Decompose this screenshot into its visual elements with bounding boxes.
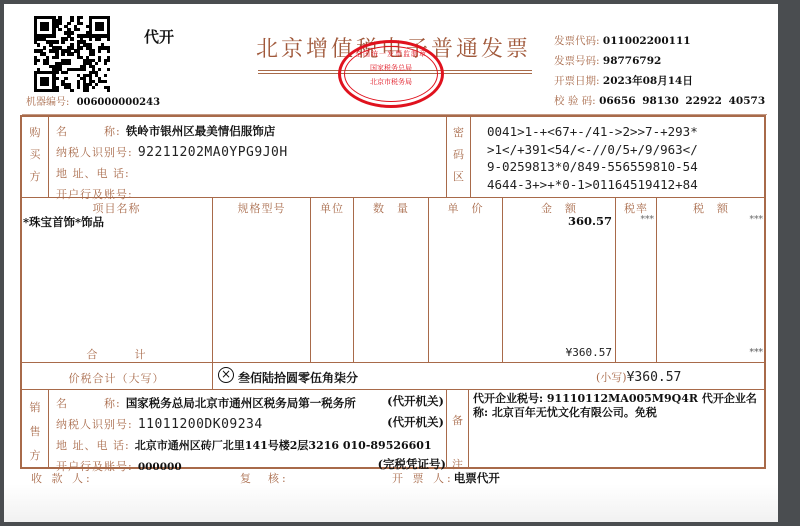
buyer-label-divider [48, 116, 49, 197]
check-code-row: 校 验 码: 06656 98130 22922 40573 [554, 91, 765, 111]
col-header-quantity: 数 量 [354, 200, 428, 216]
cipher-line: 0041>1-+<67+-/41->2>>7-+293* [487, 123, 698, 141]
cipher-label-char: 密 [447, 122, 470, 144]
cipher-label-divider [470, 116, 471, 197]
buyer-section-label: 购 买 方 [22, 122, 48, 188]
col-header-tax-rate: 税率 [616, 200, 656, 216]
buyer-tax-id-row: 纳税人识别号: 92211202MA0YPG9J0H [56, 141, 288, 162]
cipher-line: 4644-3+>+*0-1>01164519412+84 [487, 176, 698, 194]
seller-name-value: 国家税务总局北京市通州区税务局第一税务所 [126, 396, 356, 410]
cipher-section-label: 密 码 区 [447, 122, 470, 188]
total-divider [212, 362, 213, 389]
remark-text: 代开企业税号: 91110112MA005M9Q4R 代开企业名称: 北京百年无… [473, 392, 763, 420]
col-header-tax-amount: 税 额 [657, 200, 765, 216]
col-divider [212, 197, 213, 362]
buyer-label-char: 方 [22, 166, 48, 188]
buyer-name-value: 铁岭市银州区最美情侣服饰店 [126, 124, 276, 138]
buyer-info: 名 称: 铁岭市银州区最美情侣服饰店 纳税人识别号: 92211202MA0YP… [56, 120, 288, 204]
col-header-unit-price: 单 价 [429, 200, 502, 216]
seller-label-divider [48, 389, 49, 468]
payee-field: 收 款 人: [31, 470, 93, 486]
seller-tax-id-row: 纳税人识别号: 11011200DK09234(代开机关) [56, 413, 444, 434]
buyer-label-char: 购 [22, 122, 48, 144]
buyer-address-row: 地 址、电 话: [56, 162, 288, 183]
invoice-number-label: 发票号码: [554, 55, 600, 67]
item-amount: 360.57 [503, 214, 612, 228]
reviewer-field: 复 核: [240, 470, 289, 486]
invoice-number-row: 发票号码: 98776792 [554, 51, 765, 71]
seller-address-label: 地 址、电 话: [56, 439, 130, 452]
seller-label-char: 销 [22, 396, 48, 420]
col-header-spec: 规格型号 [213, 200, 310, 216]
buyer-name-label: 名 称: [56, 125, 121, 138]
total-lowercase-value: ¥360.57 [627, 370, 682, 385]
buyer-tax-id-label: 纳税人识别号: [56, 146, 133, 159]
drawer-label: 开 票 人: [392, 472, 454, 485]
payee-label: 收 款 人: [31, 472, 93, 485]
seller-info: 名 称: 国家税务总局北京市通州区税务局第一税务所(代开机关) 纳税人识别号: … [56, 392, 444, 477]
buyer-name-row: 名 称: 铁岭市银州区最美情侣服饰店 [56, 120, 288, 141]
col-divider [428, 197, 429, 362]
drawer-field: 开 票 人:电票代开 [392, 470, 500, 486]
buyer-tax-id-value: 92211202MA0YPG9J0H [138, 145, 288, 160]
items-bottom-divider [21, 362, 765, 363]
seller-name-suffix: (代开机关) [387, 392, 444, 411]
col-header-unit: 单位 [311, 200, 353, 216]
invoice-code-value: 011002200111 [603, 35, 691, 47]
invoice-meta: 发票代码: 011002200111 发票号码: 98776792 开票日期: … [554, 31, 765, 111]
subtotal-amount: ¥360.57 [503, 346, 612, 359]
remark-label-divider [468, 389, 469, 468]
seller-address-value: 北京市通州区砖厂北里141号楼2层3216 010-89526601 [135, 439, 432, 452]
invoice-code-row: 发票代码: 011002200111 [554, 31, 765, 51]
issue-type-tag: 代开 [144, 26, 174, 47]
cipher-label-char: 码 [447, 144, 470, 166]
invoice-code-label: 发票代码: [554, 35, 600, 47]
machine-number-value: 006000000243 [77, 97, 161, 108]
seller-name-label: 名 称: [56, 397, 121, 410]
total-bottom-divider [21, 389, 765, 390]
seller-label-char: 售 [22, 420, 48, 444]
total-lowercase: (小写)¥360.57 [596, 366, 681, 385]
reviewer-label: 复 核: [240, 472, 289, 485]
buyer-address-label: 地 址、电 话: [56, 167, 130, 180]
buyer-bottom-divider [21, 197, 765, 198]
invoice-number-value: 98776792 [603, 55, 661, 67]
seller-tax-id-label: 纳税人识别号: [56, 418, 133, 431]
invoice-page: 代开 机器编号: 006000000243 北京增值税电子普通发票 全国统一发票… [4, 4, 778, 522]
buyer-label-char: 买 [22, 144, 48, 166]
cipher-line: >1</+391<54/<-//0/5+/9/963</ [487, 141, 698, 159]
issue-date-value: 2023年08月14日 [603, 75, 693, 87]
total-uppercase-value: 叁佰陆拾圆零伍角柒分 [238, 369, 358, 386]
seller-tax-id-value: 11011200DK09234 [138, 417, 263, 432]
seller-name-row: 名 称: 国家税务总局北京市通州区税务局第一税务所(代开机关) [56, 392, 444, 413]
issue-date-row: 开票日期: 2023年08月14日 [554, 71, 765, 91]
seller-bank-value: 000000 [138, 461, 182, 473]
drawer-value: 电票代开 [454, 471, 500, 485]
subtotal-label: 合 计 [21, 346, 212, 362]
remark-label-char: 备 [447, 399, 468, 443]
circle-x-icon: × [218, 367, 234, 383]
cipher-label-char: 区 [447, 166, 470, 188]
col-divider [353, 197, 354, 362]
item-tax-rate: *** [616, 215, 654, 225]
seller-tax-id-suffix: (代开机关) [387, 413, 444, 432]
total-uppercase-label: 价税合计（大写） [21, 370, 212, 386]
official-seal-stamp: 全国统一发票监制章 国家税务总局 北京市税务局 [338, 40, 444, 108]
issue-date-label: 开票日期: [554, 75, 600, 87]
machine-number-label: 机器编号: [26, 97, 69, 108]
subtotal-tax: *** [657, 348, 763, 358]
qr-code [34, 16, 110, 92]
machine-number: 机器编号: 006000000243 [26, 93, 160, 108]
total-lowercase-label: (小写) [596, 371, 627, 384]
check-code-label: 校 验 码: [554, 95, 596, 107]
cipher-line: 9-0259813*0/849-556559810-54 [487, 158, 698, 176]
cipher-text: 0041>1-+<67+-/41->2>>7-+293* >1</+391<54… [487, 123, 698, 193]
col-divider [310, 197, 311, 362]
check-code-value: 06656 98130 22922 40573 [599, 95, 765, 107]
item-tax-amount: *** [657, 215, 763, 225]
seller-label-char: 方 [22, 444, 48, 468]
item-name: *珠宝首饰*饰品 [23, 214, 104, 230]
seller-section-label: 销 售 方 [22, 396, 48, 468]
seller-address-row: 地 址、电 话: 北京市通州区砖厂北里141号楼2层3216 010-89526… [56, 434, 444, 455]
